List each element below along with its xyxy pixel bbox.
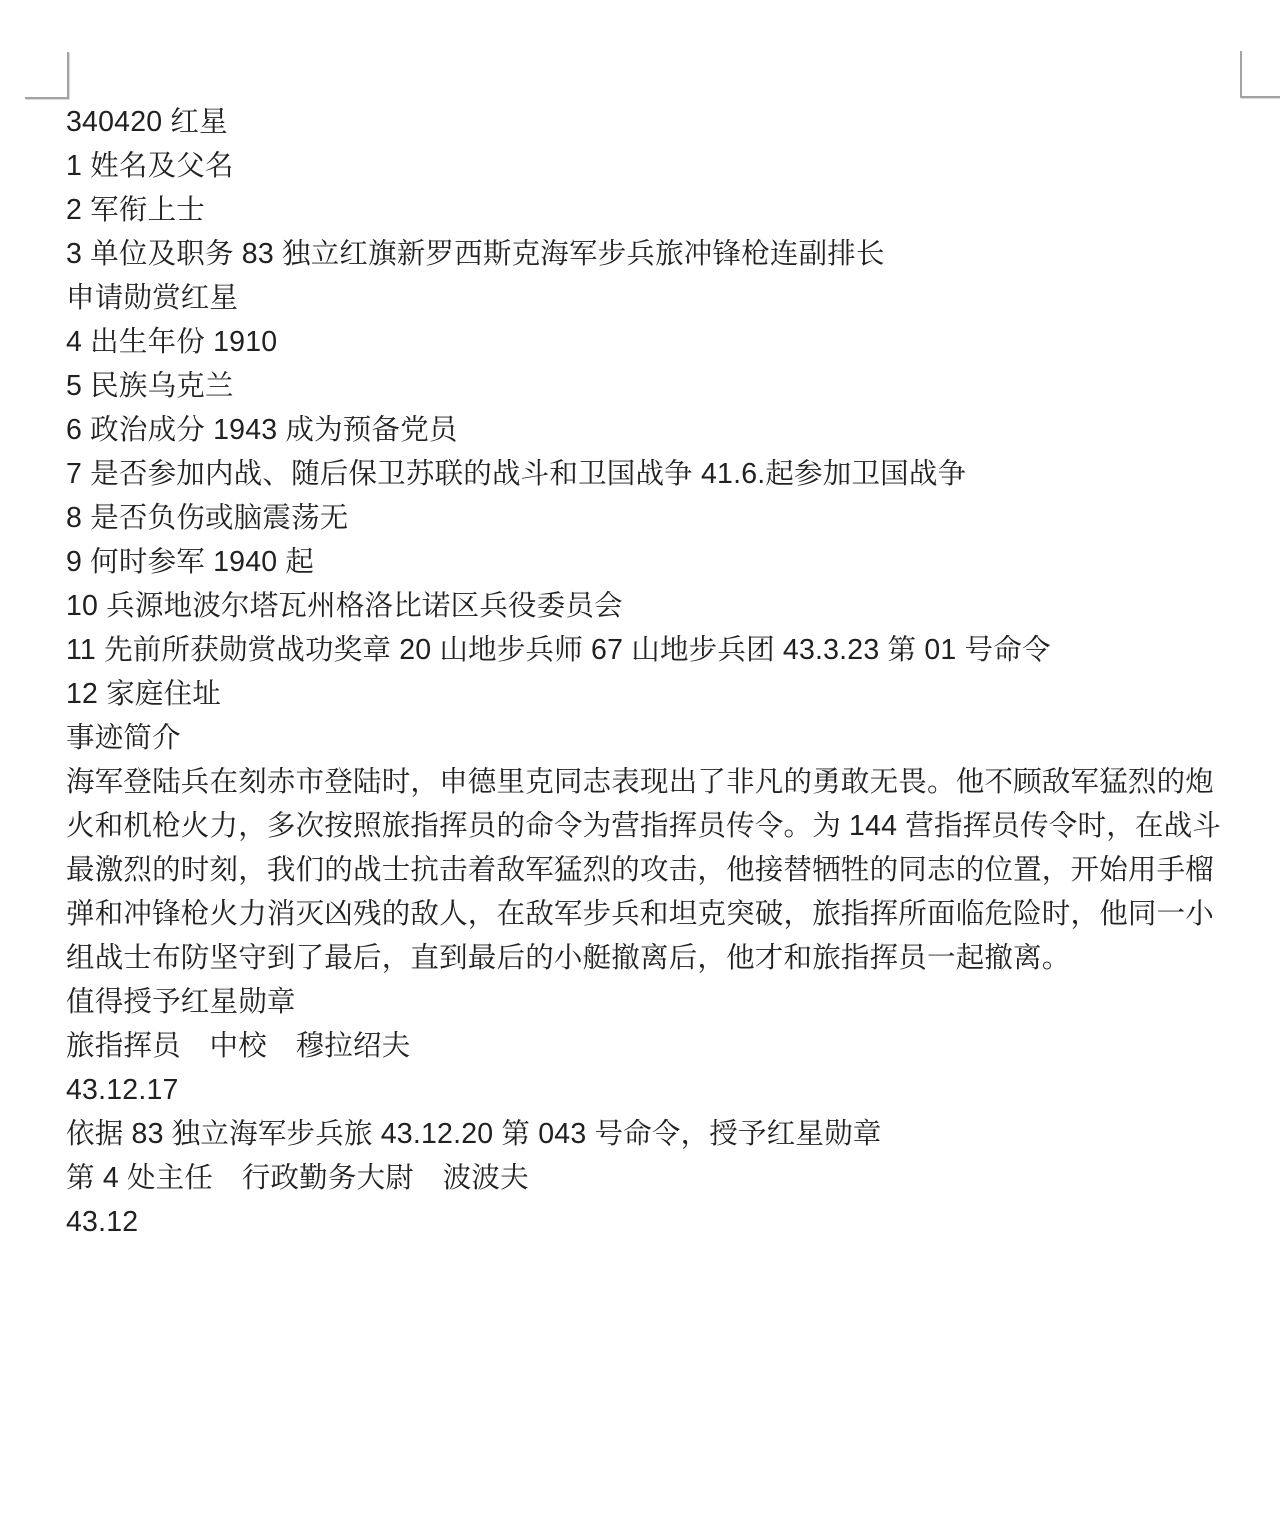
text-line: 43.12.17 [66, 1068, 1236, 1112]
text-line: 4 出生年份 1910 [66, 320, 1236, 364]
text-line: 组战士布防坚守到了最后，直到最后的小艇撤离后，他才和旅指挥员一起撤离。 [66, 936, 1236, 980]
text-line: 5 民族乌克兰 [66, 364, 1236, 408]
text-line: 值得授予红星勋章 [66, 980, 1236, 1024]
text-line: 申请勋赏红星 [66, 276, 1236, 320]
document-page: 340420 红星1 姓名及父名2 军衔上士3 单位及职务 83 独立红旗新罗西… [0, 0, 1280, 1537]
text-line: 2 军衔上士 [66, 188, 1236, 232]
text-line: 10 兵源地波尔塔瓦州格洛比诺区兵役委员会 [66, 584, 1236, 628]
text-line: 12 家庭住址 [66, 672, 1236, 716]
text-line: 1 姓名及父名 [66, 144, 1236, 188]
text-line: 9 何时参军 1940 起 [66, 540, 1236, 584]
document-text-block: 340420 红星1 姓名及父名2 军衔上士3 单位及职务 83 独立红旗新罗西… [66, 100, 1236, 1244]
text-line: 弹和冲锋枪火力消灭凶残的敌人，在敌军步兵和坦克突破，旅指挥所面临危险时，他同一小 [66, 892, 1236, 936]
text-line: 8 是否负伤或脑震荡无 [66, 496, 1236, 540]
text-line: 旅指挥员 中校 穆拉绍夫 [66, 1024, 1236, 1068]
text-boundary-corner-mark-top-right [1240, 51, 1280, 98]
text-line: 事迹简介 [66, 716, 1236, 760]
text-line: 依据 83 独立海军步兵旅 43.12.20 第 043 号命令，授予红星勋章 [66, 1112, 1236, 1156]
text-line: 海军登陆兵在刻赤市登陆时，申德里克同志表现出了非凡的勇敢无畏。他不顾敌军猛烈的炮 [66, 760, 1236, 804]
text-line: 6 政治成分 1943 成为预备党员 [66, 408, 1236, 452]
text-line: 7 是否参加内战、随后保卫苏联的战斗和卫国战争 41.6.起参加卫国战争 [66, 452, 1236, 496]
text-line: 第 4 处主任 行政勤务大尉 波波夫 [66, 1156, 1236, 1200]
text-line: 3 单位及职务 83 独立红旗新罗西斯克海军步兵旅冲锋枪连副排长 [66, 232, 1236, 276]
text-line: 340420 红星 [66, 100, 1236, 144]
text-line: 最激烈的时刻，我们的战士抗击着敌军猛烈的攻击，他接替牺牲的同志的位置，开始用手榴 [66, 848, 1236, 892]
text-boundary-corner-mark-top-left [25, 52, 69, 99]
text-line: 11 先前所获勋赏战功奖章 20 山地步兵师 67 山地步兵团 43.3.23 … [66, 628, 1236, 672]
text-line: 火和机枪火力，多次按照旅指挥员的命令为营指挥员传令。为 144 营指挥员传令时，… [66, 804, 1236, 848]
text-line: 43.12 [66, 1200, 1236, 1244]
